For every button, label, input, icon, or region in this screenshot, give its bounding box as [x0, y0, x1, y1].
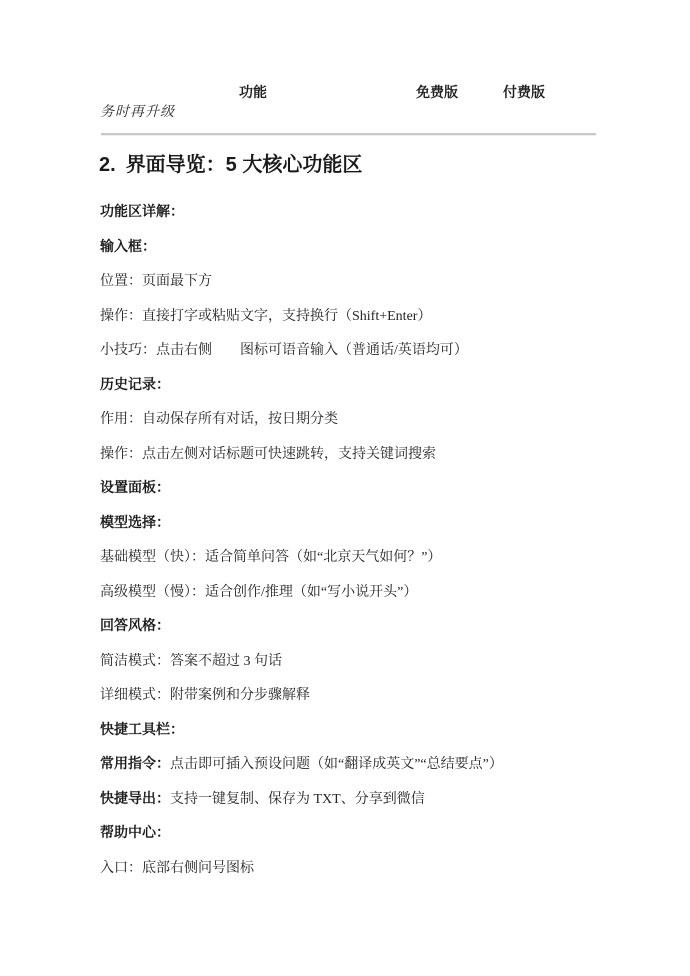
- document-page: 功能 免费版 付费版 务时再升级 2.界面导览：5 大核心功能区 功能区详解： …: [0, 0, 690, 976]
- paragraph-text: 点击即可插入预设问题（如“翻译成英文”“总结要点”）: [170, 757, 503, 772]
- paragraph: 高级模型（慢）：适合创作/推理（如“写小说开头”）: [100, 584, 640, 599]
- paragraph-label: 历史记录：: [100, 376, 170, 392]
- paragraph: 设置面板：: [100, 480, 640, 495]
- paragraph-text: 详细模式：附带案例和分步骤解释: [100, 688, 310, 703]
- paragraph-text: 操作：点击左侧对话标题可快速跳转，支持关键词搜索: [100, 447, 436, 462]
- paragraph-label: 帮助中心：: [100, 824, 170, 840]
- table-header-function: 功能: [239, 84, 267, 100]
- paragraph: 操作：直接打字或粘贴文字，支持换行（Shift+Enter）: [100, 308, 640, 323]
- paragraph: 帮助中心：: [100, 825, 640, 840]
- table-header-paid-version: 付费版: [503, 84, 545, 100]
- paragraph: 入口：底部右侧问号图标: [100, 860, 640, 875]
- paragraph-label: 设置面板：: [100, 479, 170, 495]
- paragraph: 输入框：: [100, 239, 640, 254]
- paragraph: 模型选择：: [100, 515, 640, 530]
- paragraph-text: 高级模型（慢）：适合创作/推理（如“写小说开头”）: [100, 585, 417, 600]
- paragraph-text: 作用：自动保存所有对话，按日期分类: [100, 412, 338, 427]
- paragraph: 操作：点击左侧对话标题可快速跳转，支持关键词搜索: [100, 446, 640, 461]
- paragraph: 快捷工具栏：: [100, 722, 640, 737]
- paragraph: 作用：自动保存所有对话，按日期分类: [100, 411, 640, 426]
- paragraph: 回答风格：: [100, 618, 640, 633]
- paragraph: 位置：页面最下方: [100, 273, 640, 288]
- table-continuation-text: 务时再升级: [100, 104, 175, 121]
- section-number: 2.: [99, 154, 116, 176]
- paragraph: 历史记录：: [100, 377, 640, 392]
- paragraph-label: 功能区详解：: [100, 203, 184, 219]
- paragraph-text: 支持一键复制、保存为 TXT、分享到微信: [170, 792, 425, 807]
- paragraph-label: 快捷工具栏：: [100, 721, 184, 737]
- paragraph-label: 回答风格：: [100, 617, 170, 633]
- paragraph: 详细模式：附带案例和分步骤解释: [100, 687, 640, 702]
- section-heading: 2.界面导览：5 大核心功能区: [99, 152, 362, 178]
- paragraph-label: 输入框：: [100, 238, 156, 254]
- paragraph-text: 操作：直接打字或粘贴文字，支持换行（Shift+Enter）: [100, 309, 431, 324]
- paragraph-text: 位置：页面最下方: [100, 274, 212, 289]
- section-title: 界面导览：5 大核心功能区: [126, 154, 363, 176]
- paragraph-label: 快捷导出：: [100, 790, 170, 806]
- paragraph-text: 基础模型（快）：适合简单问答（如“北京天气如何？”）: [100, 550, 441, 565]
- paragraph-text: 简洁模式：答案不超过 3 句话: [100, 654, 282, 669]
- paragraph: 小技巧：点击右侧 图标可语音输入（普通话/英语均可）: [100, 342, 640, 357]
- paragraph: 简洁模式：答案不超过 3 句话: [100, 653, 640, 668]
- paragraph-label: 常用指令：: [100, 755, 170, 771]
- paragraph: 功能区详解：: [100, 204, 640, 219]
- paragraph-text: 入口：底部右侧问号图标: [100, 861, 254, 876]
- paragraph-text: 小技巧：点击右侧 图标可语音输入（普通话/英语均可）: [100, 343, 468, 358]
- body-text: 功能区详解： 输入框： 位置：页面最下方 操作：直接打字或粘贴文字，支持换行（S…: [100, 204, 640, 894]
- paragraph-label: 模型选择：: [100, 514, 170, 530]
- paragraph: 基础模型（快）：适合简单问答（如“北京天气如何？”）: [100, 549, 640, 564]
- paragraph: 常用指令：点击即可插入预设问题（如“翻译成英文”“总结要点”）: [100, 756, 640, 771]
- paragraph: 快捷导出：支持一键复制、保存为 TXT、分享到微信: [100, 791, 640, 806]
- table-header-free-version: 免费版: [416, 84, 458, 100]
- horizontal-divider: [101, 133, 596, 136]
